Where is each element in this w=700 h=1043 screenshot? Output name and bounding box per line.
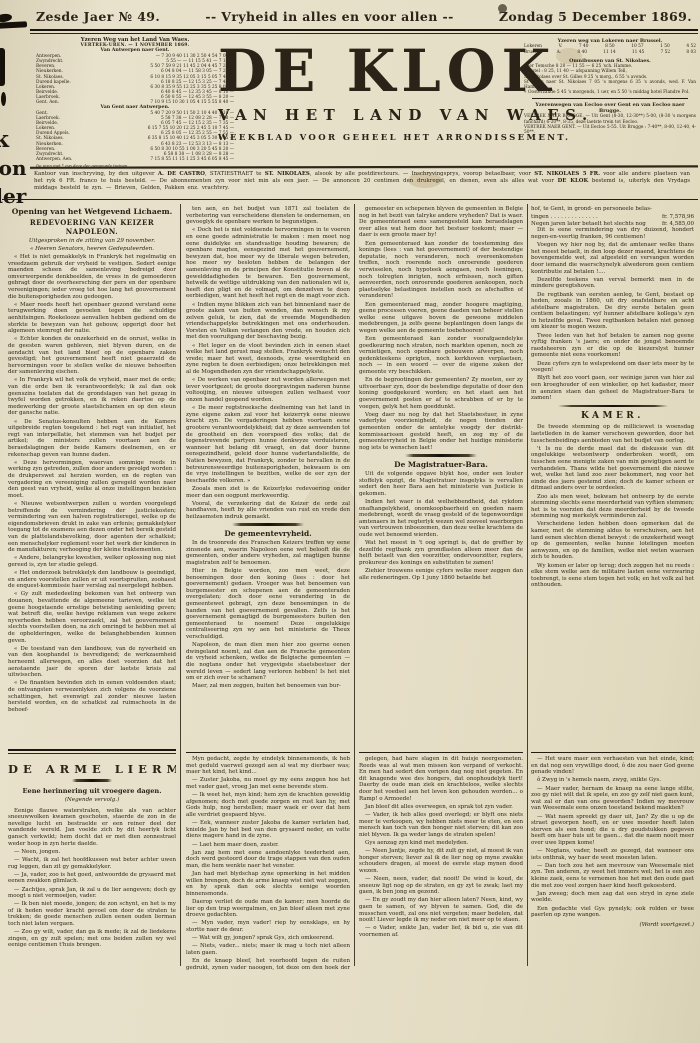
article-title: Opening van het Wetgevend Lichaem.	[8, 207, 176, 216]
page-bleed-fragment: k	[0, 128, 9, 151]
paragraph: — Wat wilt gy, jongen? sprak Gys, zich o…	[186, 935, 350, 942]
paragraph: — Wat naem spreekt gy daer uit, Jan? Zy …	[531, 814, 694, 847]
paragraph: « Gy zult mededeeling bekomen van het on…	[8, 591, 176, 644]
amount-row: Negen jaren later betaelt het slechts no…	[531, 221, 694, 228]
paragraph: Deze cyfers zyn te welsprekend om daer i…	[531, 361, 694, 374]
paragraph: — Ja, vader, zoo is het goed, antwoordde…	[8, 872, 176, 885]
paragraph: Uit de volgende opgave blykt hoe, onder …	[359, 471, 523, 497]
divider-ornament	[232, 523, 304, 526]
eecloo-lines: VERTREK NAER BRUGGE. — Uit Gent (8-30, 1…	[524, 114, 696, 135]
paragraph: Indien het waer is dat welhebbendheid, d…	[359, 499, 523, 539]
article-title-gemeentevryheid: De gemeentevryheid.	[186, 529, 350, 538]
paragraph: gemeester en schepenen blyven de gemeent…	[359, 206, 523, 239]
paragraph: De tweede stemming op de milliciewet is …	[531, 424, 694, 444]
timetable-body-2: Gent.5 40 7 20 9 50 11 50 2 10 4 40 7 10…	[36, 111, 234, 162]
paragraph: « Deze hervormingen, waervan sommige ree…	[8, 460, 176, 500]
paragraph: « De werken van openbaer nut worden alle…	[186, 377, 350, 403]
ink-blot	[0, 21, 27, 29]
article-kamer-body: De tweede stemming op de milliciewet is …	[531, 424, 694, 589]
paragraph: Hier in Belgie worden, zoo men weet, dez…	[186, 568, 350, 641]
feuilleton-part-label: (Negende vervolg.)	[8, 797, 176, 803]
newspaper-tagline: WEEKBLAD VOOR GEHEEL HET ARRONDISSEMENT.	[218, 133, 522, 143]
paragraph: Een gemeenteraed kan zonder voorafgaende…	[359, 336, 523, 376]
paragraph: Blyft het zoo voort gaen, eer weinige ja…	[531, 375, 694, 401]
paragraph: En de begrootingen der gemeenten? Zy moe…	[359, 377, 523, 410]
paragraph: « De finantien bevinden zich in eenen vo…	[8, 680, 176, 713]
right-box-rule	[532, 98, 688, 99]
paragraph: — Zoo gy wilt, vader, dan ga ik mede; ik…	[8, 929, 176, 949]
paragraph: Wy komen er later op terug; doch zeggen …	[531, 563, 694, 589]
paragraph: — Neen Jantje, zegde hy, dit zult gy nie…	[359, 848, 523, 874]
paragraph: gelegen, had hare slagen in dit huisje n…	[359, 756, 523, 802]
article-dateline: Uitgesproken in de zitting van 29 novemb…	[8, 238, 176, 244]
paragraph: Wat het meest in 't oog springt is, dat …	[359, 540, 523, 566]
feuilleton-ornament	[72, 779, 112, 782]
paragraph: « Het leger en de vloot bevinden zich in…	[186, 343, 350, 376]
paragraph: Zooals men ziet is de Keizerlyke redevoe…	[186, 486, 350, 499]
omnibus-line: « Oosterzande 5 45 's morgends, 1 uer, e…	[524, 90, 696, 95]
timetable-land-van-waes: Yzeren Weg van het Land Van Waes. VERTRE…	[36, 37, 234, 168]
magistratuer-continuation-lead: hof, te Gent, in grond- en personeele be…	[531, 206, 694, 213]
feuilleton-col1: DE ARME LIERMAN. Eene herinnering uit vr…	[8, 756, 176, 970]
paragraph: Voeg daer nu nog by dat het Staetsbestue…	[359, 412, 523, 452]
speech-continuation: ten aen, en het budjet van 1871 zal toel…	[186, 206, 350, 484]
ink-blot	[1, 92, 6, 106]
feuilleton-body: Eenige flauwe waterstralen, welke als va…	[8, 808, 176, 949]
paragraph: Een gemeenteraed kan zonder de toestemmi…	[359, 241, 523, 300]
paragraph: « Maer reeds heeft het openbaer gezond v…	[8, 302, 176, 335]
paragraph: Gys aenzag zyn kind met medelyden.	[359, 840, 523, 847]
paragraph: — Laet hem maer doen, zuster.	[186, 842, 350, 849]
paragraph: Zoo als men weet, bekwam het ontwerp by …	[531, 494, 694, 520]
feuilleton-body: gelegen, had hare slagen in dit huisje n…	[359, 756, 523, 939]
paragraph: « In Frankryk wil het volk de vryheid, m…	[8, 377, 176, 417]
ink-blot	[0, 48, 5, 86]
feuilleton-rule-col2	[186, 752, 350, 753]
top-header: Zesde Jaer № 49. -- Vryheid in alles en …	[36, 9, 692, 24]
feuilleton-col2: Myn gedacht, zegde hy eindelyk binnensmo…	[186, 756, 350, 970]
column-rule-1	[180, 204, 181, 966]
paragraph: — En gy zoudt my dan hier alleen laten? …	[359, 897, 523, 923]
timetable-body-1: Antwerpen.— 7 30 9 40 11 30 2 50 4 54 7 …	[36, 54, 234, 105]
paragraph: Voegen wy hier nog by, dat de amtenaer w…	[531, 242, 694, 275]
paragraph: « Andere, belangryke kwestien, welker op…	[8, 555, 176, 568]
newspaper-title: DE KLOK	[218, 39, 522, 103]
divider-ornament	[405, 454, 477, 457]
paragraph: De regtbank van eersten aenleg, te Gent,…	[531, 292, 694, 332]
paragraph: — Myn vader, myn vader! riep hy eensklap…	[186, 920, 350, 933]
right-info-box: Yzeren weg van Lokeren naer Brussel. Lok…	[524, 38, 696, 135]
paragraph: Ziehier trouwens eenige cyfers welke mee…	[359, 568, 523, 581]
paragraph: In de troonrede des Franschen Keizers tr…	[186, 540, 350, 566]
paragraph: — o Vader, snikte Jan, vader lief, ik bi…	[359, 925, 523, 938]
eecloo-line: VERTREK NAER GENT. — Uit Eecloo 5-55. Ui…	[524, 125, 696, 135]
eecloo-title: Yzerenwegen van Eecloo over Gent en van …	[524, 102, 696, 114]
paragraph: — Nogtans, vader, heeft ze gezegd, dat w…	[531, 848, 694, 861]
paragraph: « Indien myne blikken zich van het binne…	[186, 302, 350, 342]
paragraph: — Neen, neen, vader, dat nooit! De wind …	[359, 876, 523, 896]
feuilleton-rule-col4	[531, 752, 694, 753]
feuilleton-body: Myn gedacht, zegde hy eindelyk binnensmo…	[186, 756, 350, 970]
tax-amount-rows: tingen . . . . . . . . . . . . . .fr. 7,…	[531, 214, 694, 227]
notice-rule-bottom	[2, 199, 698, 200]
eecloo-line: VERTREK NAER BRUGGE. — Uit Gent (8-30, 1…	[524, 114, 696, 124]
paragraph: Jan zweeg; doch men zag dat een stryd in…	[531, 891, 694, 904]
paragraph: Daerop verliet de oude man de kamer; men…	[186, 899, 350, 919]
paragraph: Jan bleef dit alles overwegen, en sprak …	[359, 804, 523, 811]
paragraph: — Wacht, ik zal het hoofdkussen wat bete…	[8, 857, 176, 870]
paragraph: ô Zwyg in 's hemels naem, zwyg, snikte G…	[531, 777, 694, 784]
paragraph: — Maer vader, hernam de knaep na eene la…	[531, 786, 694, 812]
amount-row: tingen . . . . . . . . . . . . . .fr. 7,…	[531, 214, 694, 221]
paragraph: « De toestand van den landbouw, van de n…	[8, 646, 176, 679]
article-napoleon-speech: Opening van het Wetgevend Lichaem. REDEV…	[8, 206, 176, 750]
article-body: « Het is niet gemakkelyk in Frankryk het…	[8, 254, 176, 713]
omnibus-lines: naer Temsche 8 20 — 11 55 — 6 25 'sch. H…	[524, 64, 696, 95]
paragraph: — Zachtjes, sprak Jan, ik zal u de lier …	[8, 887, 176, 900]
article-gemeentevryheid-body: In de troonrede des Franschen Keizers tr…	[186, 540, 350, 690]
subscription-notice: Kantoor van inschryving, by den uitgever…	[34, 171, 690, 192]
column-rule-2	[354, 204, 355, 966]
issue-number: Zesde Jaer № 49.	[36, 9, 160, 24]
paragraph: — Eek, wanneer zuster Jakoba de kamer ve…	[186, 820, 350, 840]
speech-commentary: Zooals men ziet is de Keizerlyke redevoe…	[186, 486, 350, 521]
feuilleton-col4: — Het ware maer een verhaesten van het e…	[531, 756, 694, 970]
feuilleton-rule-col3	[359, 752, 523, 753]
paragraph: Jan had met blydschap zyne opmerking in …	[186, 871, 350, 897]
paragraph: ten aen, en het budjet van 1871 zal toel…	[186, 206, 350, 226]
paragraph: Dit is eene vermindering van dry duizend…	[531, 227, 694, 240]
feuilleton-col3: gelegen, had hare slagen in dit huisje n…	[359, 756, 523, 970]
magistratuer-continuation-body: Dit is eene vermindering van dry duizend…	[531, 227, 694, 401]
paragraph: Maer, zal men zeggen, buiten het benoeme…	[186, 683, 350, 690]
feuilleton-body: — Het ware maer een verhaesten van het e…	[531, 756, 694, 919]
column-4: hof, te Gent, in grond- en personeele be…	[531, 206, 694, 750]
paragraph: En de knaep bleef, het voorhoofd tegen d…	[186, 958, 350, 970]
paragraph: Myn gedacht, zegde hy eindelyk binnensmo…	[186, 756, 350, 776]
paragraph: — Ik weet het, myn kind; hem zyn de krac…	[186, 792, 350, 818]
notice-rule-top	[30, 165, 698, 168]
paragraph: Een gemeenteraed mag, zonder hoogere mag…	[359, 302, 523, 335]
column-rule-3	[527, 204, 528, 966]
date: Zondag 5 December 1869.	[499, 9, 692, 24]
paragraph: « De Senatus-konsulten hebben aen de Kam…	[8, 419, 176, 459]
header-rule	[30, 29, 698, 34]
paragraph: — Dan toch zou het aen mevrouw van Weese…	[531, 863, 694, 889]
divider-ornament	[558, 405, 668, 408]
omnibus-line: St Gilles naer St. Nikolaes 7 05 's morg…	[524, 80, 696, 90]
column-2: ten aen, en het budjet van 1871 zal toel…	[186, 206, 350, 750]
continuation-marker: (Wordt voortgezet.)	[531, 922, 694, 928]
newspaper-page: k von der Zesde Jaer № 49. -- Vryheid in…	[0, 0, 700, 1043]
article-subtitle: REDEVOERING VAN KEIZER NAPOLEON.	[8, 218, 176, 236]
paragraph: Verscheidene leden hebben doen opmerken …	[531, 521, 694, 561]
article-salutation: « Heeren Senators, heeren Gedeputeerden.	[8, 246, 176, 252]
paragraph: « Het onderzoek betrekkelyk den landbouw…	[8, 570, 176, 590]
subscription-text: Kantoor van inschryving, by den uitgever…	[34, 171, 690, 192]
paragraph: « Het is niet gemakkelyk in Frankryk het…	[8, 254, 176, 300]
gemeentevryheid-continuation: gemeester en schepenen blyven de gemeent…	[359, 206, 523, 451]
paragraph: — Neen, jongen.	[8, 849, 176, 856]
feuilleton-subtitle: Eene herinnering uit vroegere dagen.	[8, 787, 176, 795]
paragraph: « Doch het is niet voldoende hervorminge…	[186, 227, 350, 300]
paragraph: Eenige flauwe waterstralen, welke als va…	[8, 808, 176, 848]
paragraph: « Nieuwe wetsontwerpen zullen u worden v…	[8, 501, 176, 554]
paragraph: Twee leden van het hof betalen te zamen …	[531, 333, 694, 359]
paragraph: 't Is nu de derde mael dat de diskussie …	[531, 446, 694, 492]
paragraph: — Het ware maer een verhaesten van het e…	[531, 756, 694, 776]
feuilleton-title: DE ARME LIERMAN.	[8, 762, 176, 776]
newspaper-subtitle: VAN HET LAND VAN WAES.	[218, 106, 522, 124]
paragraph: « De meer regtstreeksche deelneming van …	[186, 405, 350, 484]
feuilleton-rule-col1	[8, 749, 176, 754]
paragraph: — Zuster Jakoba, nu moet gy my eens zegg…	[186, 777, 350, 790]
paragraph: — Ik ben niet moede, jongen; de zon schy…	[8, 901, 176, 927]
paragraph: Jan zag hem met eene aendoenlyke teederh…	[186, 850, 350, 870]
column-3: gemeester en schepenen blyven de gemeent…	[359, 206, 523, 750]
article-title-magistratuer-bara: De Magistratuer-Bara.	[359, 460, 523, 469]
paragraph: — Vader, ik heb alles goed overlegd; er …	[359, 812, 523, 838]
page-bleed-fragment: von	[0, 158, 27, 178]
brussel-table-body: LokerenV.7 408 5010 571 504 52BrusselA.8…	[524, 44, 696, 55]
paragraph: Vooral, de verzekering dat de Keizer de …	[186, 501, 350, 521]
timetable-row: Antwerpen. Aen.7 15 8 55 11 15 1 25 3 45…	[36, 157, 234, 162]
paragraph: Dezelfde teekens van verval bemerkt men …	[531, 277, 694, 290]
paragraph: « Echter konden de onzekerheid en de onr…	[8, 336, 176, 376]
article-title-kamer: KAMER.	[531, 411, 694, 421]
page-bleed-fragment: der	[0, 186, 26, 206]
paragraph: Napoleon, de man dien men hier zoo geern…	[186, 642, 350, 682]
paragraph: Een gedachte viel Gys pynelyk; ook rolde…	[531, 906, 694, 919]
masthead: DE KLOK VAN HET LAND VAN WAES. WEEKBLAD …	[218, 40, 522, 143]
motto: -- Vryheid in alles en voor allen --	[205, 9, 453, 24]
paragraph: — Niets, vader... niets; maer ik mag u t…	[186, 943, 350, 956]
article-magistratuer-body: Uit de volgende opgave blykt hoe, onder …	[359, 471, 523, 581]
